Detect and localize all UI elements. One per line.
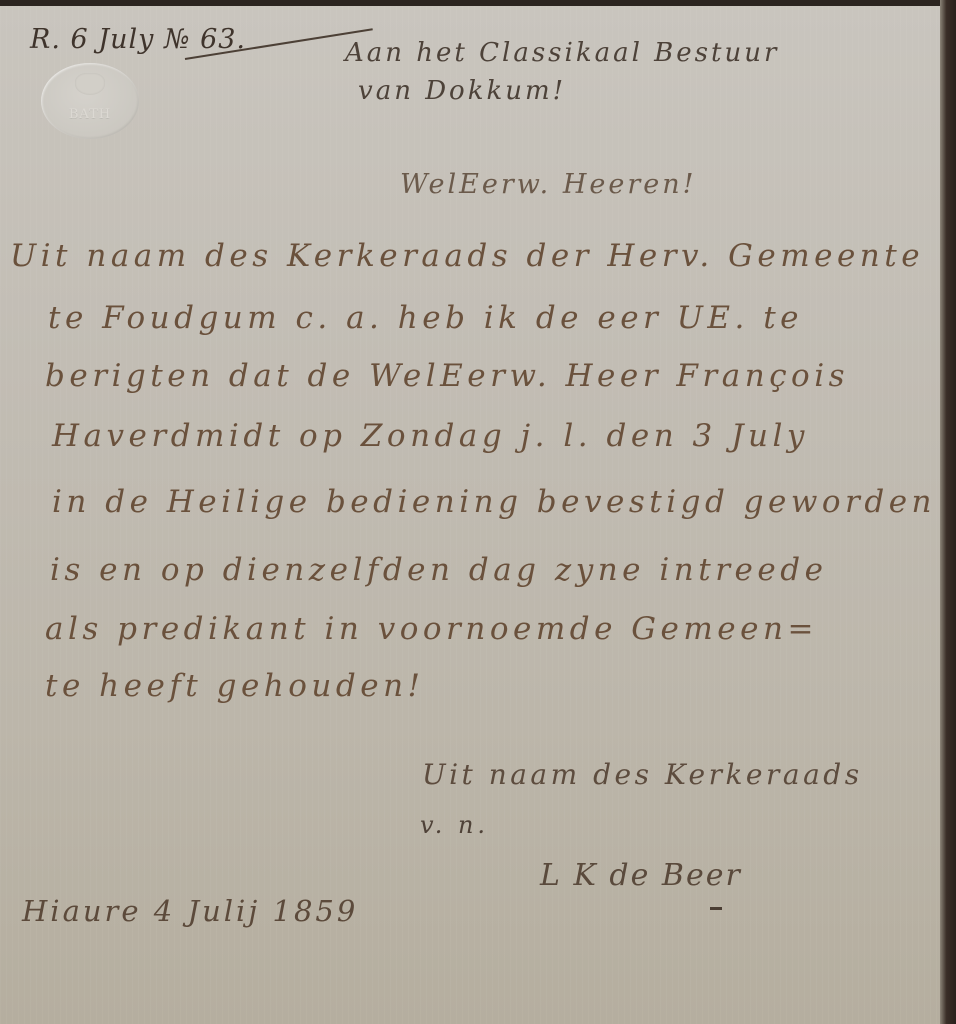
body-line: Uit naam des Kerkeraads der Herv. Gemeen… <box>10 238 924 274</box>
salutation: WelEerw. Heeren! <box>400 169 696 200</box>
signature: L K de Beer <box>540 858 742 893</box>
signature-underline <box>710 907 722 910</box>
embossed-seal: BATH <box>41 63 139 139</box>
crown-emblem-icon <box>75 73 105 95</box>
body-line: te heeft gehouden! <box>45 668 425 704</box>
body-line: in de Heilige bediening bevestigd geword… <box>52 484 936 520</box>
body-line: als predikant in voornoemde Gemeen= <box>45 611 818 647</box>
body-line: Haverdmidt op Zondag j. l. den 3 July <box>52 418 809 454</box>
closing-line-2: v. n. <box>420 811 489 839</box>
body-line: berigten dat de WelEerw. Heer François <box>45 358 849 394</box>
reference-note: R. 6 July № 63. <box>30 24 246 55</box>
body-line: te Foudgum c. a. heb ik de eer UE. te <box>48 300 803 336</box>
seal-text: BATH <box>41 107 139 122</box>
closing-line-1: Uit naam des Kerkeraads <box>422 758 863 791</box>
body-line: is en op dienzelfden dag zyne intreede <box>50 552 827 588</box>
place-and-date: Hiaure 4 Julij 1859 <box>22 894 358 928</box>
addressee-line-1: Aan het Classikaal Bestuur <box>345 38 779 68</box>
addressee-line-2: van Dokkum! <box>358 76 566 106</box>
letter-paper: BATH R. 6 July № 63. Aan het Classikaal … <box>0 6 942 1024</box>
photo-background-right <box>940 0 956 1024</box>
